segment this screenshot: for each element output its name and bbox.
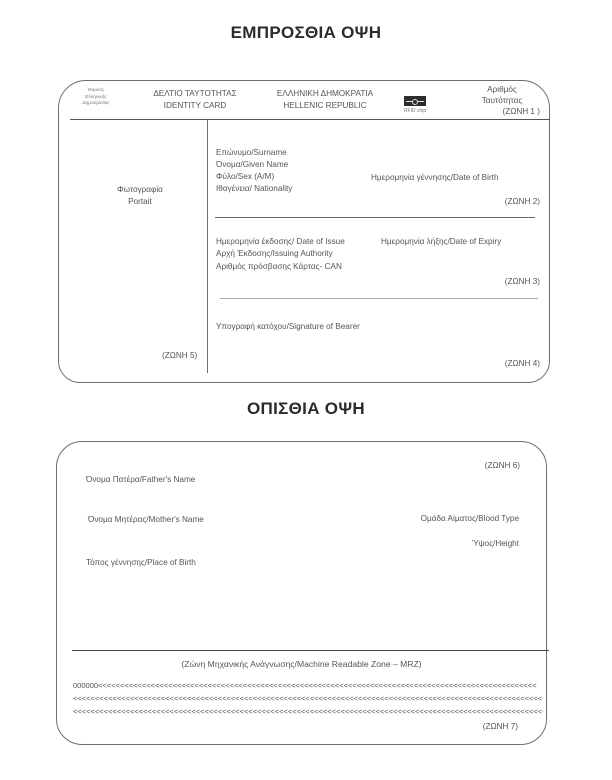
- header-divider: [70, 119, 550, 120]
- id-number-label-line1: Αριθμός: [462, 84, 542, 95]
- photo-zone: Φωτογραφία Portait: [90, 184, 190, 208]
- document-title: ΔΕΛΤΙΟ ΤΑΥΤΟΤΗΤΑΣ IDENTITY CARD: [140, 88, 250, 112]
- back-side-title: ΟΠΙΣΘΙΑ ΟΨΗ: [0, 399, 612, 419]
- father-name-field: Όνομα Πατέρα/Father's Name: [86, 474, 195, 485]
- date-of-birth-field: Ημερομηνία γέννησης/Date of Birth: [371, 172, 499, 183]
- photo-divider: [207, 119, 208, 373]
- mrz-line-3: <<<<<<<<<<<<<<<<<<<<<<<<<<<<<<<<<<<<<<<<…: [73, 706, 543, 717]
- rfid-label: RFID chip: [396, 108, 434, 115]
- mother-name-field: Όνομα Μητέρας/Mother's Name: [88, 514, 204, 525]
- front-card: [58, 80, 550, 383]
- document-title-greek: ΔΕΛΤΙΟ ΤΑΥΤΟΤΗΤΑΣ: [140, 88, 250, 100]
- zone-3-label: (ΖΩΝΗ 3): [440, 276, 540, 287]
- zone-1-label: (ΖΩΝΗ 1 ): [462, 106, 542, 117]
- given-name-field: Όνομα/Given Name: [216, 159, 288, 170]
- id-number-label-line2: Ταυτότητας: [462, 95, 542, 106]
- blood-type-field: Ομάδα Αίματος/Blood Type: [360, 513, 519, 524]
- zone-4-label: (ΖΩΝΗ 4): [440, 358, 540, 369]
- photo-label-english: Portait: [90, 196, 190, 208]
- date-of-issue-field: Ημερομηνία έκδοσης/ Date of Issue: [216, 236, 345, 247]
- zone-7-label: (ΖΩΝΗ 7): [420, 721, 518, 732]
- id-number-field: Αριθμός Ταυτότητας (ΖΩΝΗ 1 ): [462, 84, 542, 117]
- mrz-line-1: 000000<<<<<<<<<<<<<<<<<<<<<<<<<<<<<<<<<<…: [73, 680, 543, 691]
- surname-field: Επώνυμο/Surname: [216, 147, 287, 158]
- nationality-field: Ιθαγένεια/ Nationality: [216, 183, 292, 194]
- zone-2-label: (ΖΩΝΗ 2): [440, 196, 540, 207]
- mrz-heading: (Ζώνη Μηχανικής Ανάγνωσης/Machine Readab…: [56, 659, 547, 670]
- issuing-authority-field: Αρχή Έκδοσης/Issuing Authority: [216, 248, 333, 259]
- zone-6-label: (ΖΩΝΗ 6): [420, 460, 520, 471]
- zone-3-divider: [220, 298, 538, 299]
- place-of-birth-field: Τόπος γέννησης/Place of Birth: [86, 557, 196, 568]
- height-field: Ύψος/Height: [400, 538, 519, 549]
- mrz-line-2: <<<<<<<<<<<<<<<<<<<<<<<<<<<<<<<<<<<<<<<<…: [73, 693, 543, 704]
- front-side-title: ΕΜΠΡΟΣΘΙΑ ΟΨΗ: [0, 23, 612, 43]
- document-title-english: IDENTITY CARD: [140, 100, 250, 112]
- emblem-text-line: Δημοκρατίας: [76, 101, 116, 108]
- date-of-expiry-field: Ημερομηνία λήξης/Date of Expiry: [381, 236, 501, 247]
- issuing-state-greek: ΕΛΛΗΝΙΚΗ ΔΗΜΟΚΡΑΤΙΑ: [265, 88, 385, 100]
- rfid-chip-icon: [404, 96, 426, 106]
- sex-field: Φύλο/Sex (Α/Μ): [216, 171, 274, 182]
- coat-of-arms-placeholder: Θυρεός Ελληνικής Δημοκρατίας: [76, 88, 116, 108]
- photo-label-greek: Φωτογραφία: [90, 184, 190, 196]
- can-field: Αριθμός πρόσβασης Κάρτας- CAN: [216, 261, 342, 272]
- issuing-state: ΕΛΛΗΝΙΚΗ ΔΗΜΟΚΡΑΤΙΑ HELLENIC REPUBLIC: [265, 88, 385, 112]
- zone-5-label: (ΖΩΝΗ 5): [162, 350, 197, 361]
- zone-2-divider: [215, 217, 535, 218]
- mrz-divider: [72, 650, 549, 651]
- issuing-state-english: HELLENIC REPUBLIC: [265, 100, 385, 112]
- signature-field: Υπογραφή κατόχου/Signature of Bearer: [216, 321, 360, 332]
